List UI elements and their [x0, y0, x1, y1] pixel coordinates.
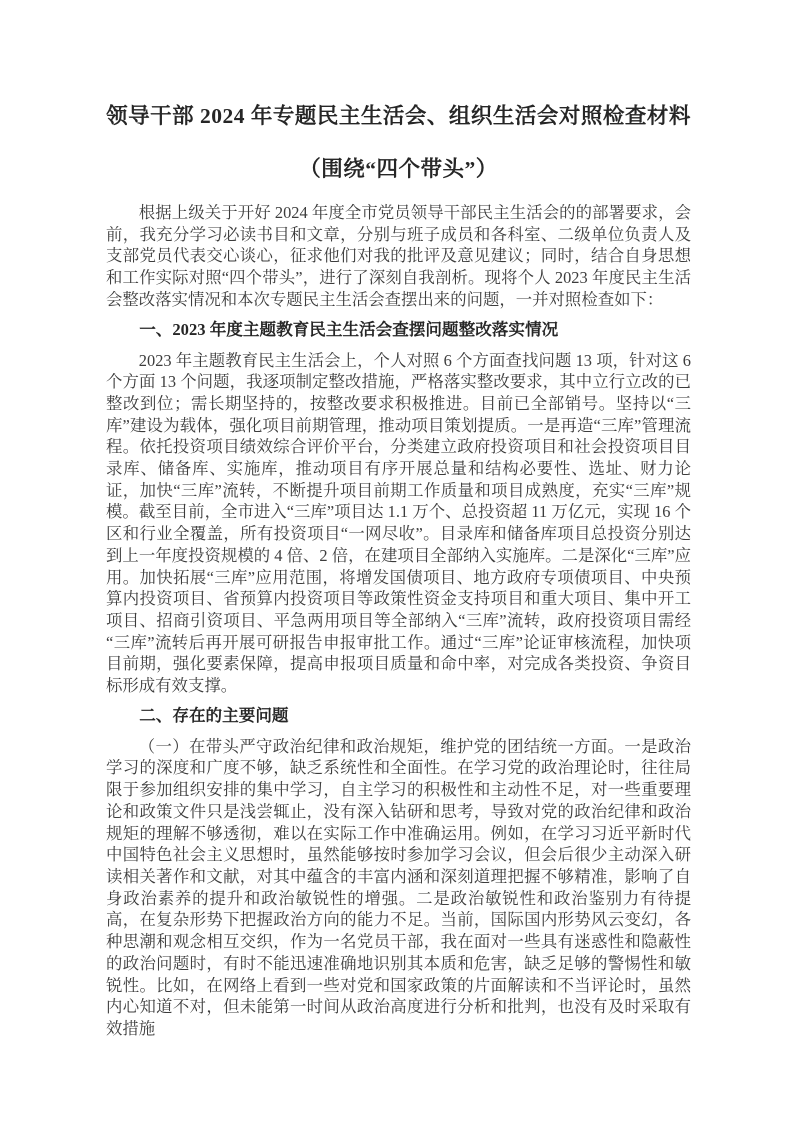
section-2-heading: 二、存在的主要问题 [106, 705, 691, 727]
section-1-heading: 一、2023 年度主题教育民主生活会查摆问题整改落实情况 [106, 319, 691, 341]
document-subtitle: （围绕“四个带头”） [106, 154, 691, 184]
document-page: 领导干部 2024 年专题民主生活会、组织生活会对照检查材料 （围绕“四个带头”… [0, 0, 793, 1122]
section-1-body: 2023 年主题教育民主生活会上，个人对照 6 个方面查找问题 13 项，针对这… [106, 350, 691, 697]
section-2-body: （一）在带头严守政治纪律和政治规矩，维护党的团结统一方面。一是政治学习的深度和广… [106, 736, 691, 1040]
intro-paragraph: 根据上级关于开好 2024 年度全市党员领导干部民主生活会的的部署要求，会前，我… [106, 202, 691, 311]
document-title: 领导干部 2024 年专题民主生活会、组织生活会对照检查材料 [106, 101, 691, 131]
